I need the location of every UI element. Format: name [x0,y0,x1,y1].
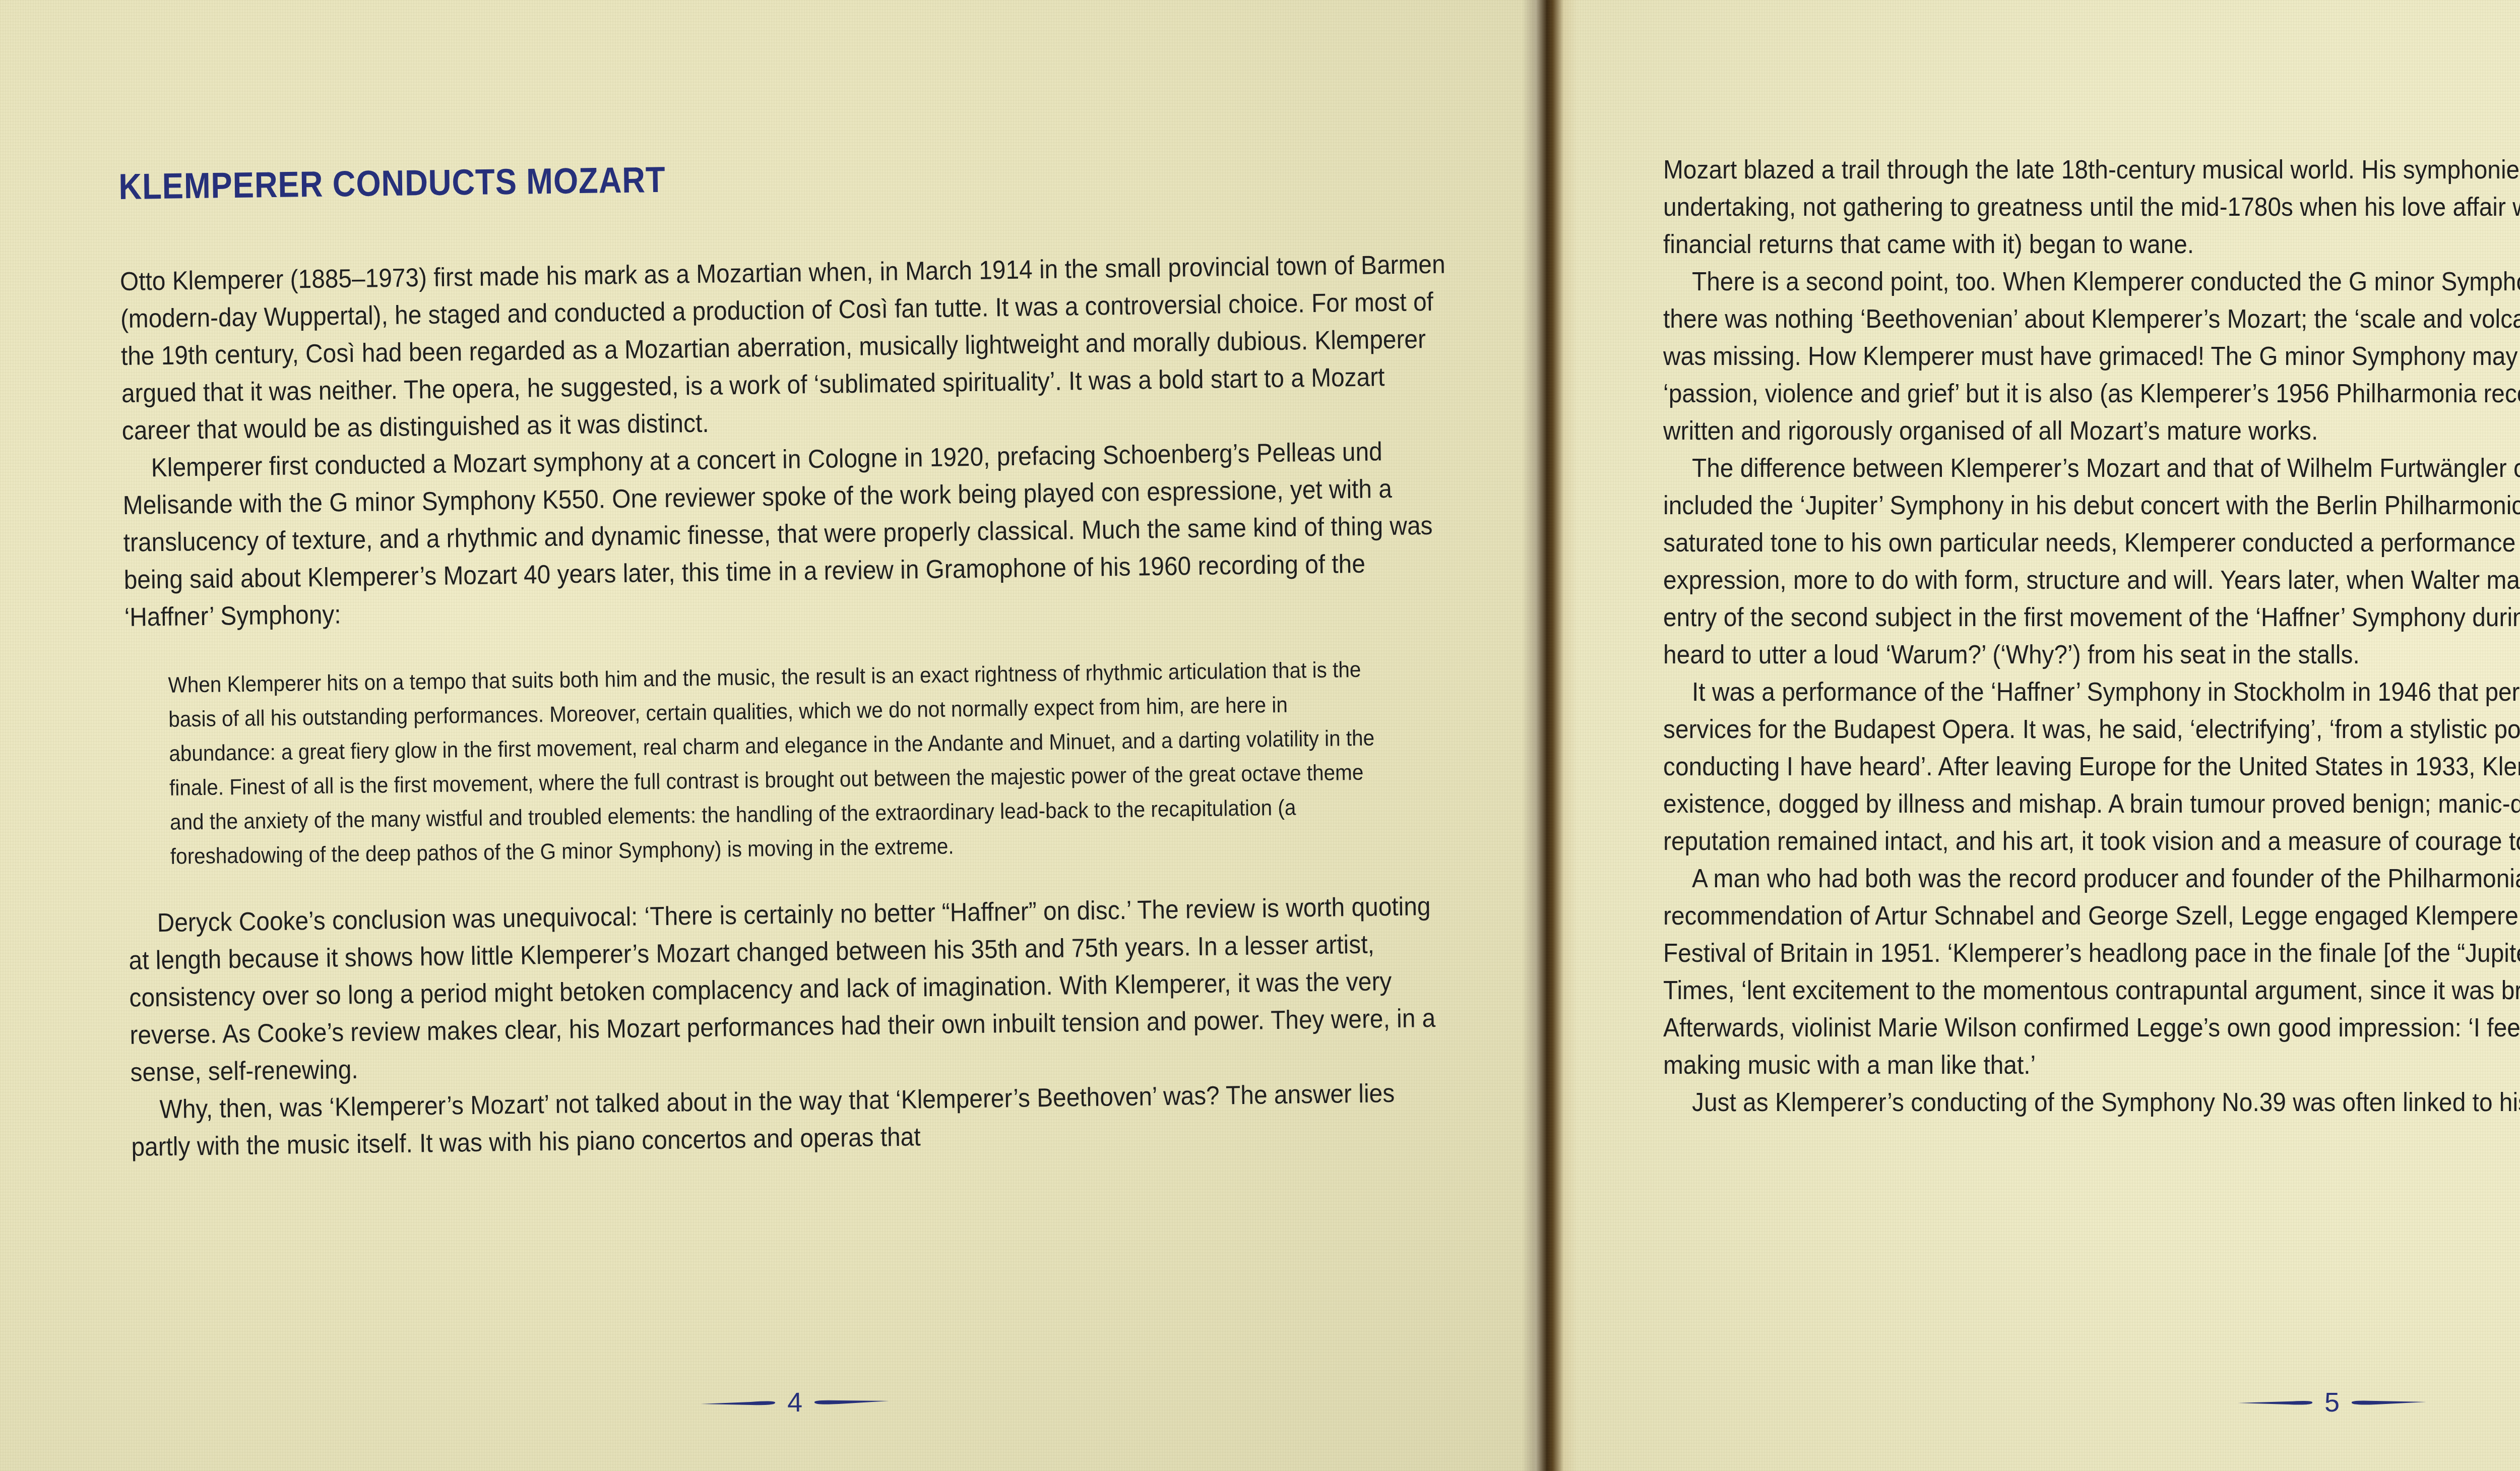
page-number: 5 [2324,1389,2340,1416]
booklet-spread: KLEMPERER CONDUCTS MOZART Otto Klemperer… [0,0,2520,1471]
paragraph: A man who had both was the record produc… [1663,860,2520,1084]
page-number-left: 4 [701,1388,890,1417]
paragraph: Just as Klemperer’s conducting of the Sy… [1663,1084,2520,1121]
page-number-right: 5 [2238,1389,2426,1416]
swash-ornament-icon [701,1396,776,1410]
paragraph: Otto Klemperer (1885–1973) first made hi… [120,246,1448,450]
paragraph: It was a performance of the ‘Haffner’ Sy… [1663,673,2520,860]
paragraph: Deryck Cooke’s conclusion was unequivoca… [128,887,1457,1091]
swash-ornament-icon [2351,1396,2426,1409]
paragraph: The difference between Klemperer’s Mozar… [1663,450,2520,673]
right-page-text: Mozart blazed a trail through the late 1… [1663,151,2520,1121]
swash-ornament-icon [813,1395,889,1409]
paragraph: Klemperer first conducted a Mozart symph… [122,433,1451,636]
swash-ornament-icon [2238,1396,2313,1409]
page-number: 4 [787,1389,803,1416]
paragraph: Mozart blazed a trail through the late 1… [1663,151,2520,263]
left-page-text: KLEMPERER CONDUCTS MOZART Otto Klemperer… [118,149,1442,1166]
block-quote: When Klemperer hits on a tempo that suit… [168,652,1395,874]
binding-gutter [1522,0,1578,1471]
paragraph: There is a second point, too. When Klemp… [1663,263,2520,450]
